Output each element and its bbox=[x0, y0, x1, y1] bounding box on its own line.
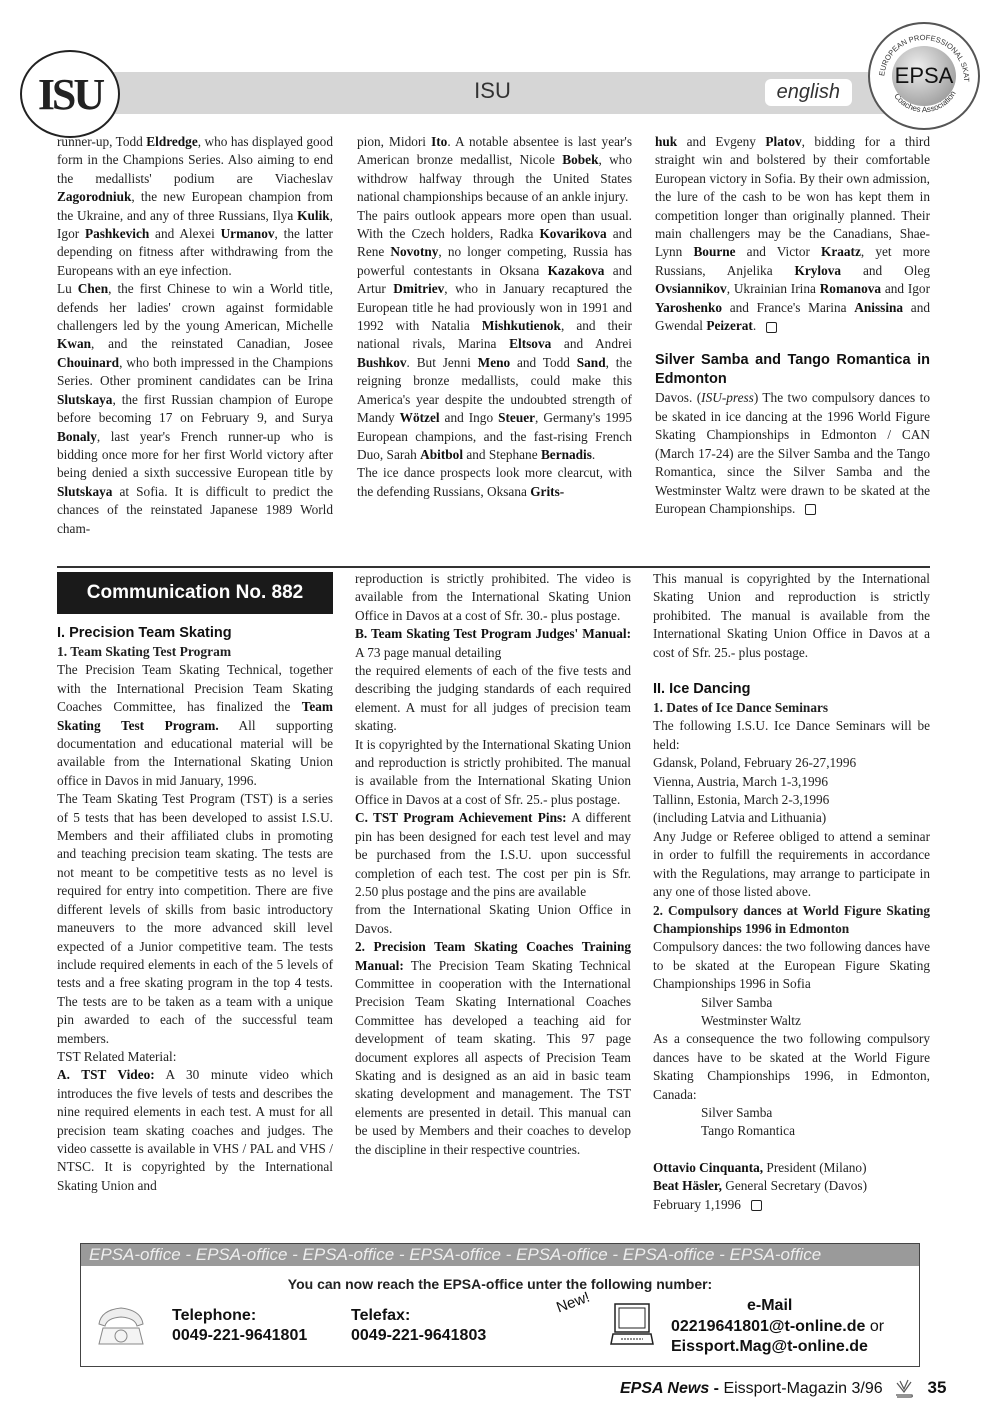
computer-icon bbox=[609, 1302, 655, 1346]
paragraph: Any Judge or Referee obliged to attend a… bbox=[653, 828, 930, 902]
telephone-label: Telephone: bbox=[172, 1306, 256, 1326]
paragraph: The Team Skating Test Program (TST) is a… bbox=[57, 790, 333, 1048]
article1-col3: huk and Evgeny Platov, bidding for a thi… bbox=[655, 133, 930, 518]
list-item: (including Latvia and Lithuania) bbox=[653, 809, 930, 827]
telephone-number[interactable]: 0049-221-9641801 bbox=[172, 1326, 307, 1346]
epsa-office-band: EPSA-office - EPSA-office - EPSA-office … bbox=[81, 1244, 919, 1266]
end-mark-icon bbox=[751, 1200, 762, 1211]
page-number: 35 bbox=[928, 1378, 947, 1397]
epsa-emblem: EPSA bbox=[892, 46, 956, 106]
list-item: Tallinn, Estonia, March 2-3,1996 bbox=[653, 791, 930, 809]
paragraph: the required elements of each of the fiv… bbox=[355, 662, 631, 736]
paragraph: It is copyrighted by the International S… bbox=[355, 736, 631, 810]
paragraph: Davos. (ISU-press) The two compulsory da… bbox=[655, 389, 930, 518]
list-item: Silver Samba bbox=[701, 994, 930, 1012]
end-mark-icon bbox=[805, 504, 816, 515]
section-divider bbox=[57, 566, 930, 568]
isu-logo-icon: ISU bbox=[20, 50, 120, 138]
list-item: Gdansk, Poland, February 26-27,1996 bbox=[653, 754, 930, 772]
paragraph: C. TST Program Achievement Pins: A diffe… bbox=[355, 809, 631, 901]
signature: Beat Häsler, General Secretary (Davos) bbox=[653, 1177, 930, 1195]
header-band: ISU english bbox=[65, 72, 920, 114]
article2-headline: Silver Samba and Tango Romantica in Edmo… bbox=[655, 351, 930, 389]
section-heading: II. Ice Dancing bbox=[653, 680, 930, 699]
section-heading: I. Precision Team Skating bbox=[57, 624, 333, 643]
signature: Ottavio Cinquanta, President (Milano) bbox=[653, 1159, 930, 1177]
dance-list: Silver Samba Westminster Waltz bbox=[653, 994, 930, 1031]
telefax-number[interactable]: 0049-221-9641803 bbox=[351, 1326, 486, 1346]
paragraph: 2. Precision Team Skating Coaches Traini… bbox=[355, 938, 631, 1159]
paragraph: As a consequence the two following compu… bbox=[653, 1030, 930, 1104]
list-item: Silver Samba bbox=[701, 1104, 930, 1122]
skate-emblem-icon bbox=[893, 1379, 915, 1399]
email-link-2[interactable]: Eissport.Mag@t-online.de bbox=[671, 1337, 868, 1357]
paragraph: from the International Skating Union Off… bbox=[355, 901, 631, 938]
paragraph: The pairs outlook appears more open than… bbox=[357, 207, 632, 465]
subsection-heading: 1. Dates of Ice Dance Seminars bbox=[653, 699, 930, 717]
communication-col2: reproduction is strictly prohibited. The… bbox=[355, 570, 631, 1159]
paragraph: TST Related Material: bbox=[57, 1048, 333, 1066]
epsa-office-box: EPSA-office - EPSA-office - EPSA-office … bbox=[80, 1243, 920, 1367]
page-footer: EPSA News - Eissport-Magazin 3/96 35 bbox=[620, 1378, 946, 1399]
publication-name: EPSA News bbox=[620, 1380, 709, 1397]
paragraph: reproduction is strictly prohibited. The… bbox=[355, 570, 631, 625]
new-tag: New! bbox=[554, 1289, 592, 1317]
paragraph: This manual is copyrighted by the Intern… bbox=[653, 570, 930, 662]
email-label: e-Mail bbox=[747, 1296, 792, 1316]
paragraph: A. TST Video: A 30 minute video which in… bbox=[57, 1066, 333, 1195]
subsection-heading: 1. Team Skating Test Program bbox=[57, 643, 333, 661]
paragraph: Lu Chen, the first Chinese to win a Worl… bbox=[57, 280, 333, 538]
communication-col1: I. Precision Team Skating 1. Team Skatin… bbox=[57, 624, 333, 1195]
telephone-icon bbox=[91, 1302, 151, 1348]
paragraph: huk and Evgeny Platov, bidding for a thi… bbox=[655, 133, 930, 335]
article1-col2: pion, Midori Ito. A notable absentee is … bbox=[357, 133, 632, 501]
seminar-list: Gdansk, Poland, February 26-27,1996 Vien… bbox=[653, 754, 930, 828]
paragraph: pion, Midori Ito. A notable absentee is … bbox=[357, 133, 632, 207]
epsa-logo-icon: EUROPEAN PROFESSIONAL SKATING Coaches As… bbox=[868, 22, 980, 130]
paragraph: Compulsory dances: the two following dan… bbox=[653, 938, 930, 993]
paragraph: The ice dance prospects look more clearc… bbox=[357, 464, 632, 501]
dance-list: Silver Samba Tango Romantica bbox=[653, 1104, 930, 1141]
telefax-label: Telefax: bbox=[351, 1306, 410, 1326]
subsection-heading: 2. Compulsory dances at World Figure Ska… bbox=[653, 902, 930, 939]
article1-col1: runner-up, Todd Eldredge, who has displa… bbox=[57, 133, 333, 538]
email-link-1[interactable]: 02219641801@t-online.de bbox=[671, 1318, 865, 1335]
list-item: Tango Romantica bbox=[701, 1122, 930, 1140]
reach-text: You can now reach the EPSA-office unter … bbox=[81, 1276, 919, 1292]
end-mark-icon bbox=[766, 322, 777, 333]
signatures: Ottavio Cinquanta, President (Milano) Be… bbox=[653, 1159, 930, 1214]
magazine-issue: Eissport-Magazin 3/96 bbox=[723, 1380, 882, 1397]
email-line-1: 02219641801@t-online.de or bbox=[671, 1317, 884, 1337]
date: February 1,1996 bbox=[653, 1196, 930, 1214]
communication-title: Communication No. 882 bbox=[57, 572, 333, 614]
paragraph: The Precision Team Skating Technical, to… bbox=[57, 661, 333, 790]
list-item: Vienna, Austria, March 1-3,1996 bbox=[653, 773, 930, 791]
paragraph: The following I.S.U. Ice Dance Seminars … bbox=[653, 717, 930, 754]
paragraph: runner-up, Todd Eldredge, who has displa… bbox=[57, 133, 333, 280]
list-item: Westminster Waltz bbox=[701, 1012, 930, 1030]
communication-col3: This manual is copyrighted by the Intern… bbox=[653, 570, 930, 1214]
paragraph: B. Team Skating Test Program Judges' Man… bbox=[355, 625, 631, 662]
language-badge: english bbox=[765, 79, 852, 106]
